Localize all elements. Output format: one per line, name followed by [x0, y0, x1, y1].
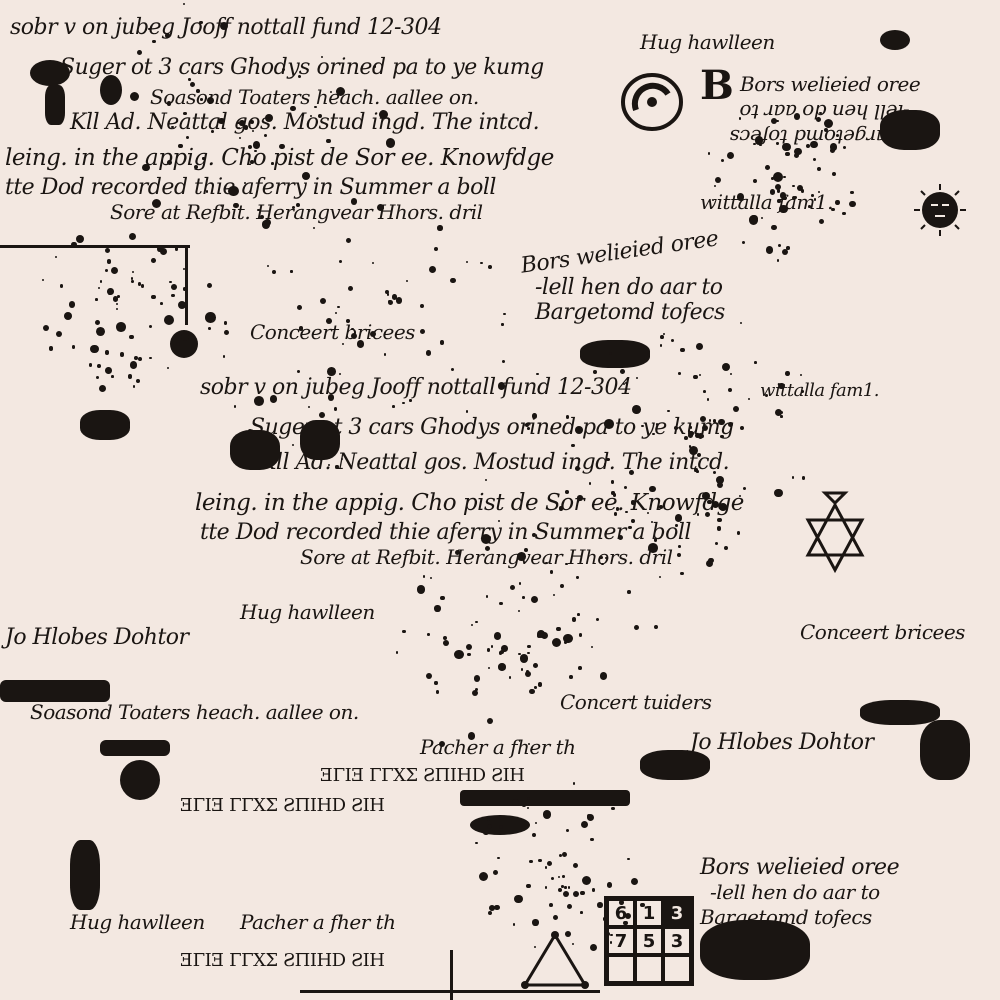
- handwritten-line: Kll Ad. Neattal gos. Mostud ingd. The in…: [70, 110, 539, 135]
- handwritten-line: Hug hawlleen: [240, 600, 375, 624]
- handwritten-line: Suger ot 3 cars Ghodys orined pa to ye k…: [60, 55, 544, 80]
- magic-square-cell: [663, 955, 691, 983]
- magic-square: 6 1 3 7 5 3: [604, 896, 694, 986]
- handwritten-line: Conceert bricees: [800, 620, 965, 644]
- handwritten-line: Jo Hlobes Dohtor: [690, 730, 874, 755]
- handwritten-line: Bors welieied oree: [519, 226, 720, 278]
- handwritten-line: Pacher a fher th: [420, 735, 576, 759]
- handwritten-line: Jo Hlobes Dohtor: [5, 625, 189, 650]
- handwritten-line: leing. in the appig. Cho pist de Sor ee.…: [5, 145, 554, 171]
- handwritten-line: tte Dod recorded thie aferry in Summer a…: [200, 520, 691, 545]
- handwritten-line: -lell hen do aar to: [535, 275, 723, 300]
- alchemical-glyphs: ƎΓIƎ ΓΓΧΣ ƧΠIΗD ƧIH: [320, 765, 524, 786]
- handwritten-line: Hug hawlleen: [640, 30, 775, 54]
- handwritten-line: Soasond Toaters heach. aallee on.: [30, 700, 359, 724]
- alchemical-glyphs: ƎΓIƎ ΓΓΧΣ ƧΠIΗD ƧIH: [180, 795, 384, 816]
- magic-square-cell: 3: [663, 899, 691, 927]
- handwritten-line: Bors welieied oree: [700, 855, 899, 880]
- magic-square-cell: 5: [635, 927, 663, 955]
- handwritten-line: Hug hawlleen: [70, 910, 205, 934]
- handwritten-line: Bargetomd tofecs: [535, 300, 725, 325]
- seal-medallion-icon: [620, 72, 684, 132]
- handwritten-line: tte Dod recorded thie aferry in Summer a…: [5, 175, 496, 200]
- alchemical-glyphs: ƎΓIƎ ΓΓΧΣ ƧΠIΗD ƧIH: [180, 950, 384, 971]
- handwritten-line: Conceert bricees: [250, 320, 415, 344]
- handwritten-line: sobr v on jubeg Jooff nottall fund 12-30…: [200, 375, 631, 400]
- triangle-icon: [520, 930, 590, 990]
- initial-b: B: [700, 62, 733, 109]
- hexagram-icon: [800, 485, 870, 575]
- magic-square-cell: [607, 955, 635, 983]
- handwritten-line: Pacher a fher th: [240, 910, 396, 934]
- handwritten-line: -lell hen do aar to: [710, 880, 880, 904]
- handwritten-line: leing. in the appig. Cho pist de Sor ee.…: [195, 490, 744, 516]
- magic-square-cell: [635, 955, 663, 983]
- handwritten-line: Bors welieied oree: [740, 72, 920, 96]
- magic-square-cell: 3: [663, 927, 691, 955]
- handwritten-line: Concert tuiders: [560, 690, 712, 714]
- sun-face-icon: [912, 182, 968, 238]
